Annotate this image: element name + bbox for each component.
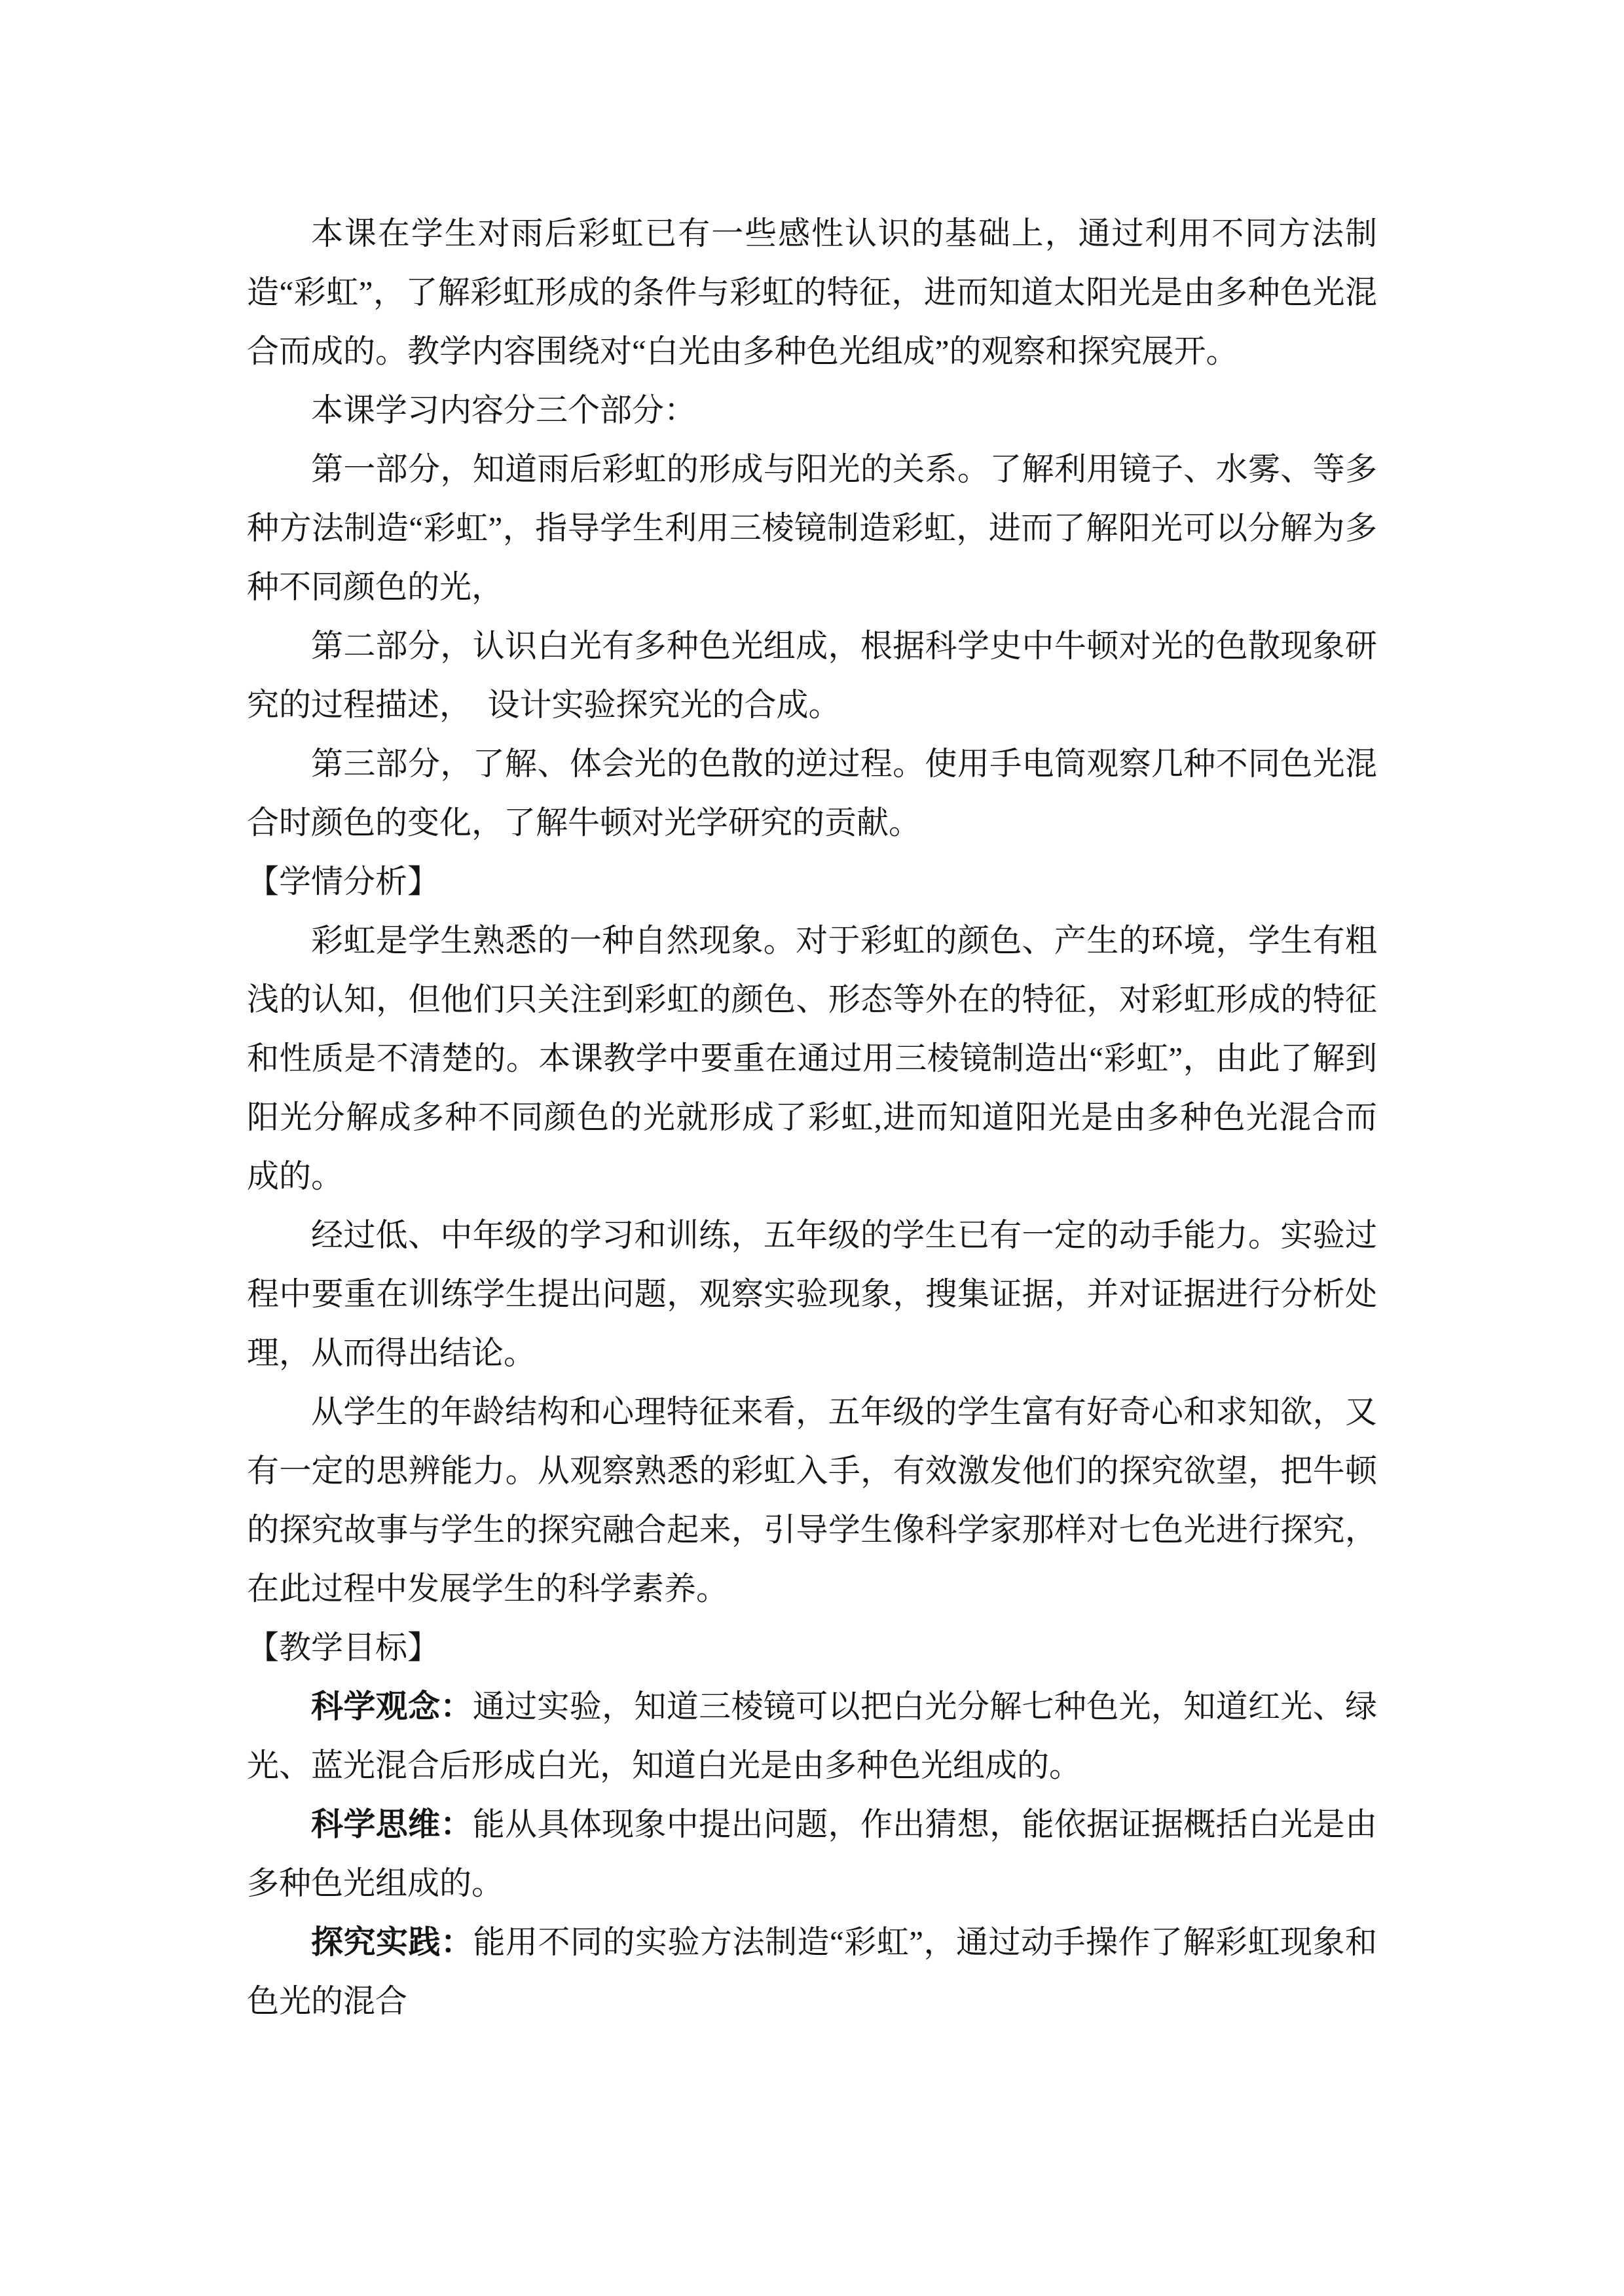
goal-paragraph-science-thinking: 科学思维：能从具体现象中提出问题，作出猜想，能依据证据概括白光是由多种色光组成的… — [247, 1795, 1377, 1913]
goal-paragraph-inquiry-practice: 探究实践：能用不同的实验方法制造“彩虹”，通过动手操作了解彩虹现象和色光的混合 — [247, 1913, 1377, 2031]
section-heading-teaching-goals: 【教学目标】 — [247, 1618, 1377, 1677]
goal-label-inquiry-practice: 探究实践： — [311, 1924, 473, 1960]
learner-analysis-paragraph-1: 彩虹是学生熟悉的一种自然现象。对于彩虹的颜色、产生的环境，学生有粗浅的认知，但他… — [247, 911, 1377, 1206]
learner-analysis-paragraph-3: 从学生的年龄结构和心理特征来看，五年级的学生富有好奇心和求知欲，又有一定的思辨能… — [247, 1383, 1377, 1618]
goal-label-science-thinking: 科学思维： — [311, 1806, 473, 1842]
intro-paragraph-part1: 第一部分，知道雨后彩虹的形成与阳光的关系。了解利用镜子、水雾、等多种方法制造“彩… — [247, 440, 1377, 617]
intro-paragraph-2: 本课学习内容分三个部分： — [247, 381, 1377, 440]
goal-paragraph-science-concept: 科学观念：通过实验，知道三棱镜可以把白光分解七种色光，知道红光、绿光、蓝光混合后… — [247, 1677, 1377, 1795]
intro-paragraph-1: 本课在学生对雨后彩虹已有一些感性认识的基础上，通过利用不同方法制造“彩虹”，了解… — [247, 204, 1377, 381]
section-heading-learner-analysis: 【学情分析】 — [247, 852, 1377, 911]
learner-analysis-paragraph-2: 经过低、中年级的学习和训练，五年级的学生已有一定的动手能力。实验过程中要重在训练… — [247, 1206, 1377, 1383]
goal-label-science-concept: 科学观念： — [311, 1688, 473, 1724]
intro-paragraph-part2: 第二部分，认识白光有多种色光组成，根据科学史中牛顿对光的色散现象研究的过程描述，… — [247, 617, 1377, 735]
document-page: 本课在学生对雨后彩虹已有一些感性认识的基础上，通过利用不同方法制造“彩虹”，了解… — [0, 0, 1624, 2296]
intro-paragraph-part3: 第三部分，了解、体会光的色散的逆过程。使用手电筒观察几种不同色光混合时颜色的变化… — [247, 735, 1377, 852]
